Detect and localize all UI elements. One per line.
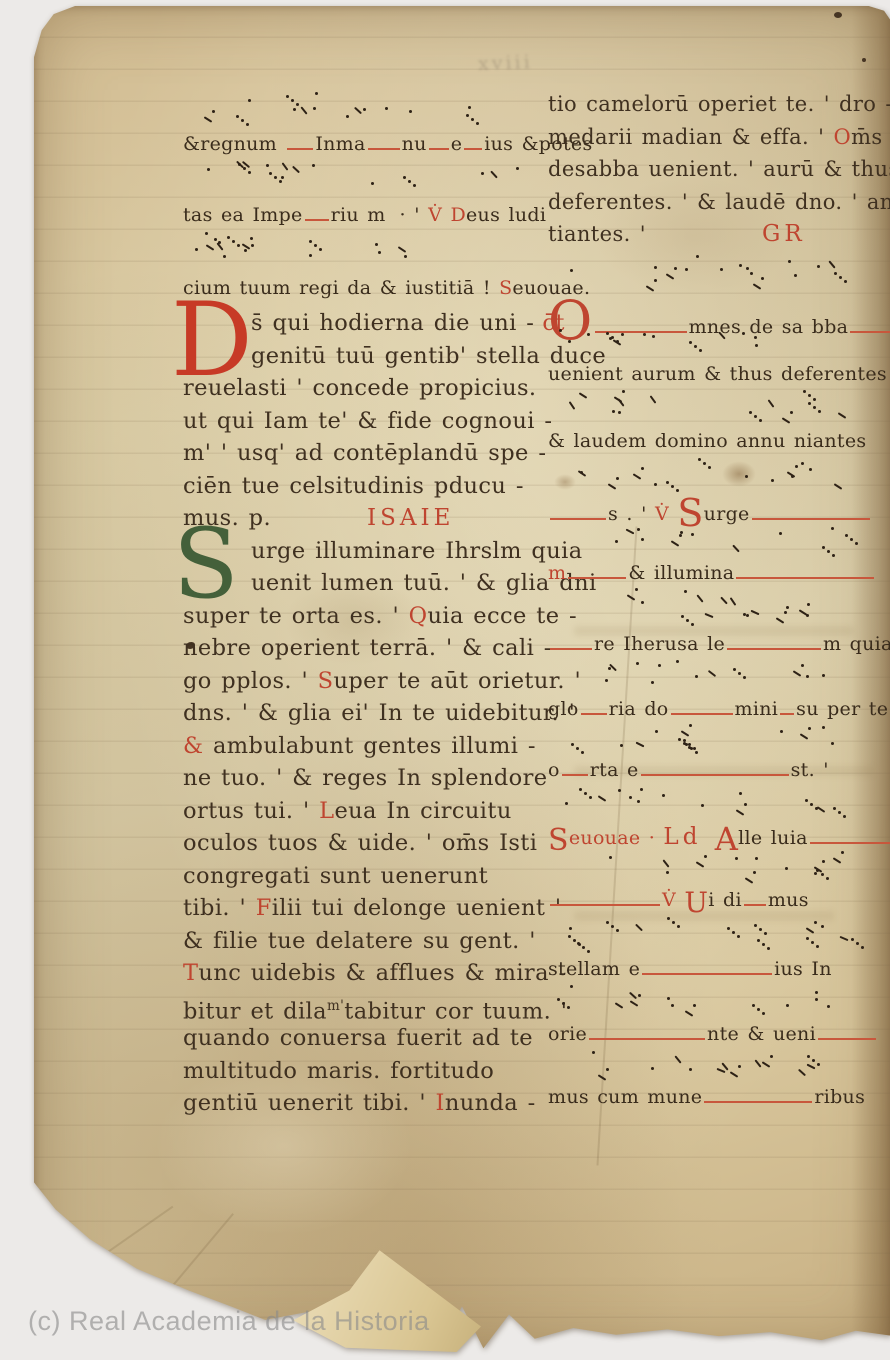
- neume-dot: [279, 180, 282, 183]
- text-segment: rta e: [590, 759, 639, 781]
- text-segment: m̄s: [851, 125, 883, 149]
- text-segment: nunda -: [445, 1090, 536, 1116]
- lyric-line: gloria dominisu per te: [548, 697, 880, 722]
- text-segment: go pplos. ': [183, 668, 318, 694]
- neume-dot: [808, 394, 811, 397]
- text-segment: Ld: [663, 824, 714, 850]
- text-segment: V̇: [662, 889, 684, 911]
- neume-band: [548, 387, 880, 429]
- neume-dot: [779, 532, 782, 535]
- neume-tick: [681, 730, 690, 736]
- neume-dot: [811, 941, 814, 944]
- neume-dot: [592, 1051, 595, 1054]
- neume-dot: [815, 998, 818, 1001]
- neume-dot: [570, 269, 573, 272]
- text-line: ortus tui. ' Leua In circuitu: [183, 795, 541, 828]
- neume-dot: [809, 468, 812, 471]
- text-segment: s . ': [608, 503, 655, 525]
- neume-dot: [790, 411, 793, 414]
- neume-dot: [827, 1005, 830, 1008]
- neume-dot: [616, 929, 619, 932]
- neume-dot: [286, 95, 289, 98]
- neume-dot: [207, 168, 210, 171]
- neume-dot: [822, 546, 825, 549]
- text-segment: stellam e: [548, 958, 640, 980]
- neume-dot: [816, 869, 819, 872]
- neume-dot: [471, 118, 474, 121]
- neume-dot: [812, 1059, 815, 1062]
- melisma-rule: [550, 510, 606, 520]
- neume-dot: [651, 681, 654, 684]
- text-segment: mus cum mune: [548, 1086, 702, 1108]
- text-line: ciēn tue celsitudinis pducu -: [183, 470, 541, 503]
- text-segment: nte & ueni: [707, 1023, 816, 1045]
- neume-dot: [693, 747, 696, 750]
- neume-dot: [674, 267, 677, 270]
- neume-dot: [695, 751, 698, 754]
- neume-dot: [761, 277, 764, 280]
- neume-dot: [195, 248, 198, 251]
- neume-dot: [850, 538, 853, 541]
- neume-dot: [821, 873, 824, 876]
- neume-dot: [759, 419, 762, 422]
- right-column: tio camelorū operiet te. ' dro -medarii …: [548, 88, 880, 1110]
- text-segment: m' ' usq' ad contēplandū spe -: [183, 440, 546, 466]
- text-line: nebre operient terrā. ' & cali -: [183, 632, 541, 665]
- neume-dot: [739, 264, 742, 267]
- neume-dot: [641, 467, 644, 470]
- neume-dot: [408, 180, 411, 183]
- neume-dot: [689, 341, 692, 344]
- neume-dot: [621, 333, 624, 336]
- neume-band: [548, 783, 880, 825]
- neume-dot: [855, 542, 858, 545]
- neume-dot: [375, 243, 378, 246]
- neume-dot: [567, 1006, 570, 1009]
- neume-tick: [798, 1069, 806, 1076]
- neume-dot: [312, 164, 315, 167]
- text-line: quando conuersa fuerit ad te: [183, 1022, 541, 1055]
- neume-dot: [319, 248, 322, 251]
- neume-dot: [739, 792, 742, 795]
- neume-dot: [746, 614, 749, 617]
- neume-band: [183, 88, 541, 132]
- neume-dot: [683, 739, 686, 742]
- neume-dot: [689, 724, 692, 727]
- text-line: gentiū uenerit tibi. ' Inunda -: [183, 1087, 541, 1120]
- neume-dot: [315, 92, 318, 95]
- melisma-rule: [704, 1093, 812, 1103]
- neume-dot: [654, 279, 657, 282]
- text-segment: congregati sunt uenerunt: [183, 863, 488, 889]
- melisma-rule: [818, 1030, 876, 1040]
- neume-dot: [746, 267, 749, 270]
- melisma-rule: [305, 211, 329, 221]
- lyric-line: m& illumina: [548, 561, 880, 586]
- neume-tick: [768, 399, 775, 407]
- text-segment: glo: [548, 698, 579, 720]
- neume-dot: [816, 945, 819, 948]
- neume-dot: [466, 114, 469, 117]
- neume-dot: [363, 108, 366, 111]
- neume-dot: [843, 815, 846, 818]
- neume-dot: [667, 997, 670, 1000]
- neume-dot: [476, 122, 479, 125]
- neume-dot: [241, 119, 244, 122]
- neume-dot: [822, 726, 825, 729]
- neume-tick: [729, 1071, 738, 1077]
- melisma-rule: [581, 705, 607, 715]
- text-segment: desabba uenient. ' aurū & thus: [548, 157, 890, 181]
- melisma-rule: [744, 896, 766, 906]
- neume-tick: [697, 594, 704, 602]
- neume-dot: [248, 99, 251, 102]
- lyric-line: oriente & ueni: [548, 1022, 880, 1047]
- neume-tick: [615, 1003, 624, 1009]
- neume-dot: [612, 410, 615, 413]
- text-segment: T: [183, 960, 198, 986]
- neume-dot: [313, 107, 316, 110]
- neume-dot: [737, 935, 740, 938]
- neume-tick: [675, 1055, 682, 1063]
- text-line: & ambulabunt gentes illumi -: [183, 730, 541, 763]
- text-segment: tas ea Impe: [183, 204, 303, 226]
- neume-tick: [696, 861, 705, 867]
- neume-dot: [250, 237, 253, 240]
- text-segment: quando conuersa fuerit ad te: [183, 1025, 533, 1051]
- neume-dot: [677, 925, 680, 928]
- text-segment: S: [318, 668, 334, 694]
- neume-dot: [413, 184, 416, 187]
- left-column: &regnum Inmanueius &potestas ea Imperiu …: [183, 88, 541, 1120]
- neume-dot: [759, 928, 762, 931]
- text-segment: orie: [548, 1023, 587, 1045]
- neume-dot: [757, 939, 760, 942]
- neume-dot: [733, 668, 736, 671]
- neume-tick: [735, 809, 744, 815]
- text-segment: multitudo maris. fortitudo: [183, 1058, 494, 1084]
- neume-dot: [618, 789, 621, 792]
- neume-dot: [606, 921, 609, 924]
- neume-dot: [720, 268, 723, 271]
- neume-dot: [576, 747, 579, 750]
- text-segment: I: [436, 1090, 445, 1116]
- neume-dot: [744, 803, 747, 806]
- neume-dot: [742, 332, 745, 335]
- melisma-rule: [752, 510, 870, 520]
- neume-dot: [784, 611, 787, 614]
- text-segment: urge: [704, 503, 750, 525]
- neume-dot: [667, 917, 670, 920]
- neume-dot: [826, 877, 829, 880]
- text-line: multitudo maris. fortitudo: [183, 1055, 541, 1088]
- text-segment: ambulabunt gentes illumi -: [203, 733, 535, 759]
- neume-dot: [409, 110, 412, 113]
- neume-dot: [805, 799, 808, 802]
- neume-dot: [589, 796, 592, 799]
- neume-tick: [806, 928, 815, 934]
- neume-dot: [861, 946, 864, 949]
- text-segment: GR: [762, 221, 806, 247]
- neume-tick: [705, 613, 714, 618]
- neume-tick: [838, 412, 847, 419]
- text-segment: tabitur cor tuum. ': [344, 998, 567, 1024]
- neume-tick: [597, 1074, 606, 1080]
- text-segment: · ': [400, 204, 429, 226]
- neume-dot: [750, 272, 753, 275]
- neume-tick: [828, 261, 835, 269]
- text-segment: ne tuo. ' & reges In splendore: [183, 765, 547, 791]
- neume-tick: [782, 417, 791, 423]
- neume-dot: [755, 857, 758, 860]
- neume-dot: [620, 744, 623, 747]
- neume-dot: [636, 662, 639, 665]
- neume-dot: [678, 738, 681, 741]
- neume-dot: [227, 236, 230, 239]
- neume-band: [548, 913, 880, 957]
- neume-dot: [762, 1012, 765, 1015]
- neume-tick: [281, 163, 288, 171]
- neume-tick: [833, 857, 842, 863]
- neume-dot: [699, 349, 702, 352]
- text-segment: ortus tui. ': [183, 798, 319, 824]
- neume-dot: [640, 788, 643, 791]
- neume-dot: [845, 534, 848, 537]
- neume-dot: [243, 167, 246, 170]
- neume-dot: [562, 1002, 565, 1005]
- ink-speck: [834, 12, 842, 18]
- melisma-rule: [568, 569, 626, 579]
- text-segment: m quia: [823, 633, 890, 655]
- text-segment: nebre operient terrā. ' & cali -: [183, 635, 552, 661]
- neume-dot: [704, 855, 707, 858]
- neume-dot: [806, 937, 809, 940]
- neume-dot: [232, 240, 235, 243]
- neume-tick: [206, 245, 215, 251]
- neume-dot: [767, 947, 770, 950]
- neume-dot: [832, 554, 835, 557]
- neume-dot: [629, 796, 632, 799]
- neume-dot: [701, 804, 704, 807]
- neume-tick: [491, 170, 499, 178]
- neume-dot: [786, 1004, 789, 1007]
- neume-dot: [293, 108, 296, 111]
- neume-dot: [291, 99, 294, 102]
- neume-band: [548, 982, 880, 1022]
- neume-dot: [752, 1004, 755, 1007]
- neume-tick: [662, 860, 669, 868]
- neume-tick: [635, 741, 644, 747]
- neume-dot: [611, 925, 614, 928]
- neume-tick: [751, 609, 760, 615]
- neume-dot: [856, 942, 859, 945]
- neume-dot: [637, 800, 640, 803]
- neume-dot: [568, 340, 571, 343]
- lyric-line: & laudem domino annu niantes: [548, 429, 880, 454]
- neume-dot: [801, 462, 804, 465]
- neume-tick: [685, 1011, 694, 1017]
- neume-dot: [385, 107, 388, 110]
- neume-dot: [694, 345, 697, 348]
- neume-dot: [732, 931, 735, 934]
- text-segment: &: [183, 733, 203, 759]
- neume-dot: [378, 251, 381, 254]
- lyric-line: uenient aurum & thus deferentes: [548, 362, 880, 387]
- text-segment: S: [499, 277, 512, 299]
- neume-dot: [831, 527, 834, 530]
- neume-dot: [807, 603, 810, 606]
- neume-dot: [851, 938, 854, 941]
- neume-tick: [806, 1063, 815, 1069]
- text-segment: eua In circuitu: [334, 798, 511, 824]
- neume-dot: [403, 176, 406, 179]
- neume-band: [548, 251, 880, 299]
- text-segment: ISAIE: [367, 505, 454, 531]
- neume-dot: [608, 667, 611, 670]
- neume-tick: [292, 166, 300, 174]
- neume-band: [183, 157, 541, 203]
- neume-dot: [281, 176, 284, 179]
- neume-dot: [738, 672, 741, 675]
- melisma-rule: [727, 640, 821, 650]
- text-segment: m': [327, 998, 344, 1014]
- text-segment: nu: [402, 133, 427, 155]
- neume-dot: [806, 675, 809, 678]
- text-segment: & illumina: [628, 562, 734, 584]
- lesson-paragraph: Surge illuminare Ihrslm quiauenit lumen …: [183, 535, 541, 1120]
- text-segment: ilii tui delonge uenient ': [272, 895, 562, 921]
- neume-tick: [608, 483, 617, 489]
- lyric-line: Omnes de sa bba: [548, 299, 880, 324]
- neume-dot: [218, 241, 221, 244]
- neume-dot: [671, 485, 674, 488]
- neume-dot: [691, 623, 694, 626]
- text-segment: O: [833, 125, 851, 149]
- text-line: dns. ' & glia ei' In te uidebitur. ': [183, 697, 541, 730]
- lyric-line: Seuouae · Ld Alle luia: [548, 825, 880, 850]
- neume-dot: [785, 867, 788, 870]
- melisma-rule: [642, 965, 772, 975]
- neume-tick: [632, 474, 641, 480]
- text-segment: ut qui Iam te' & fide cognoui -: [183, 408, 552, 434]
- neume-dot: [651, 1067, 654, 1070]
- folio-number-ghost: xviii: [478, 51, 533, 75]
- text-segment: oculos tuos & uide. ' om̄s Isti: [183, 830, 537, 856]
- text-segment: V̇: [428, 204, 450, 226]
- neume-dot: [844, 280, 847, 283]
- neume-dot: [666, 871, 669, 874]
- neume-tick: [625, 528, 634, 534]
- neume-tick: [398, 246, 407, 253]
- neume-dot: [745, 475, 748, 478]
- text-segment: o: [548, 759, 560, 781]
- neume-dot: [559, 329, 562, 332]
- text-line: tio camelorū operiet te. ' dro -: [548, 88, 880, 121]
- neume-dot: [570, 985, 573, 988]
- text-segment: bitur et dila: [183, 998, 327, 1024]
- neume-dot: [749, 411, 752, 414]
- neume-dot: [676, 660, 679, 663]
- neume-dot: [838, 811, 841, 814]
- neume-tick: [839, 936, 848, 941]
- text-segment: tibi. ': [183, 895, 256, 921]
- neume-dot: [817, 1063, 820, 1066]
- neume-dot: [794, 274, 797, 277]
- copyright-watermark: (c) Real Academia de la Historia: [28, 1306, 430, 1337]
- text-segment: lle luia: [738, 827, 808, 849]
- neume-dot: [757, 1008, 760, 1011]
- text-segment: &regnum: [183, 133, 285, 155]
- neume-dot: [618, 411, 621, 414]
- lyric-line: V̇ Ui dimus: [548, 888, 880, 913]
- neume-tick: [666, 273, 675, 279]
- neume-dot: [569, 927, 572, 930]
- neume-dot: [808, 727, 811, 730]
- lyric-line: tas ea Imperiu m· ' V̇ Deus ludi: [183, 203, 541, 228]
- neume-dot: [643, 333, 646, 336]
- neume-tick: [708, 670, 716, 677]
- neume-dot: [658, 664, 661, 667]
- neume-dot: [685, 268, 688, 271]
- text-segment: V̇: [655, 503, 677, 525]
- neume-band: [548, 722, 880, 758]
- neume-dot: [815, 991, 818, 994]
- neume-tick: [568, 401, 575, 410]
- melisma-rule: [641, 766, 789, 776]
- neume-dot: [727, 927, 730, 930]
- ink-speck: [862, 58, 866, 62]
- neume-dot: [807, 1055, 810, 1058]
- neume-dot: [754, 924, 757, 927]
- text-line: ne tuo. ' & reges In splendore: [183, 762, 541, 795]
- text-line: deferentes. ' & laudē dno. ' annun -: [548, 186, 880, 219]
- text-segment: dns. ' & glia ei' In te uidebitur. ': [183, 700, 575, 726]
- neume-dot: [609, 856, 612, 859]
- neume-dot: [615, 540, 618, 543]
- neume-tick: [718, 332, 725, 340]
- neume-dot: [822, 674, 825, 677]
- neume-dot: [684, 590, 687, 593]
- neume-tick: [744, 877, 753, 883]
- neume-tick: [754, 1059, 761, 1067]
- text-segment: i di: [708, 889, 742, 911]
- neume-dot: [237, 244, 240, 247]
- neume-tick: [629, 992, 637, 1000]
- text-line: tiantes. 'GR: [548, 218, 880, 251]
- neume-dot: [814, 872, 817, 875]
- initial-D: D: [171, 299, 253, 383]
- text-segment: uenient aurum & thus deferentes: [548, 363, 887, 385]
- melisma-rule: [550, 640, 592, 650]
- text-line: Tunc uidebis & afflues & mira -: [183, 957, 541, 990]
- neume-dot: [622, 390, 625, 393]
- neume-dot: [652, 335, 655, 338]
- neume-dot: [806, 614, 809, 617]
- neume-band: [548, 657, 880, 697]
- neume-dot: [655, 730, 658, 733]
- neume-dot: [803, 390, 806, 393]
- neume-dot: [557, 998, 560, 1001]
- neume-dot: [266, 164, 269, 167]
- lyric-line: mus cum muneribus: [548, 1085, 880, 1110]
- neume-dot: [755, 344, 758, 347]
- neume-tick: [354, 107, 362, 115]
- text-segment: deferentes. ' & laudē dno. ' annun -: [548, 190, 890, 214]
- text-segment: eus ludi: [466, 204, 546, 226]
- text-segment: riu m: [331, 204, 386, 226]
- text-segment: e: [451, 133, 463, 155]
- text-segment: uenit lumen tuū. ' & glia dni: [251, 570, 597, 596]
